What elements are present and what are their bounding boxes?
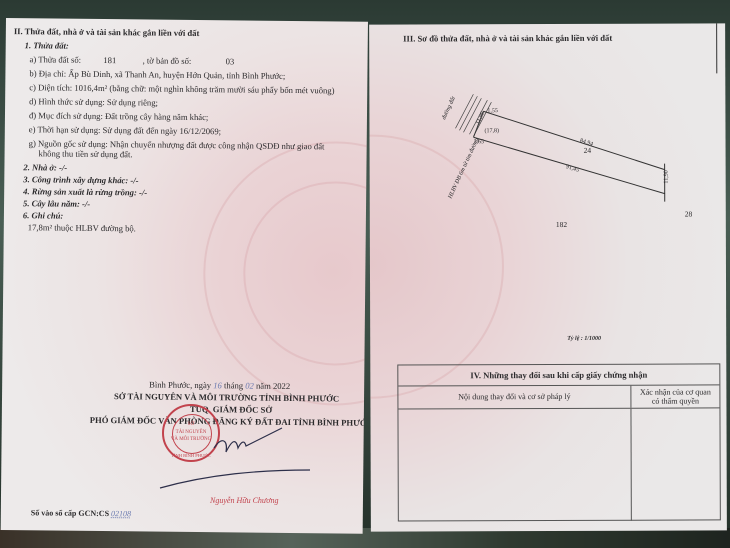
corridor-area: (17,8) bbox=[484, 126, 499, 136]
empty-change-cell bbox=[398, 409, 631, 522]
empty-confirmation-cell bbox=[631, 408, 719, 520]
changes-table-title: IV. Những thay đổi sau khi cấp giấy chứn… bbox=[398, 364, 719, 386]
col2-line2: có thẩm quyền bbox=[631, 396, 719, 405]
page-edge-mark bbox=[716, 23, 717, 73]
back-side-dimension: 11,90 bbox=[662, 170, 672, 183]
neighbor-parcel-182: 182 bbox=[556, 220, 567, 230]
front-bottom-dimension: 1,65 bbox=[474, 137, 485, 147]
land-parcel-diagram bbox=[369, 23, 726, 324]
column-change-content: Nội dung thay đổi và cơ sở pháp lý bbox=[398, 386, 631, 409]
changes-table-header: Nội dung thay đổi và cơ sở pháp lý Xác n… bbox=[398, 385, 719, 409]
certificate-right-page: III. Sơ đồ thửa đất, nhà ở và tài sản kh… bbox=[369, 23, 727, 531]
scale-label: Tỷ lệ : 1/1000 bbox=[567, 334, 601, 344]
neighbor-parcel-24: 24 bbox=[584, 146, 592, 156]
front-top-dimension: 1,55 bbox=[487, 106, 498, 116]
changes-table-body bbox=[398, 408, 719, 521]
neighbor-parcel-28: 28 bbox=[685, 209, 693, 219]
changes-table: IV. Những thay đổi sau khi cấp giấy chứn… bbox=[397, 363, 721, 521]
column-authority-confirmation: Xác nhận của cơ quan có thẩm quyền bbox=[631, 385, 719, 407]
signer-name: Nguyễn Hữu Chương bbox=[210, 496, 279, 505]
col2-line1: Xác nhận của cơ quan bbox=[631, 387, 719, 396]
